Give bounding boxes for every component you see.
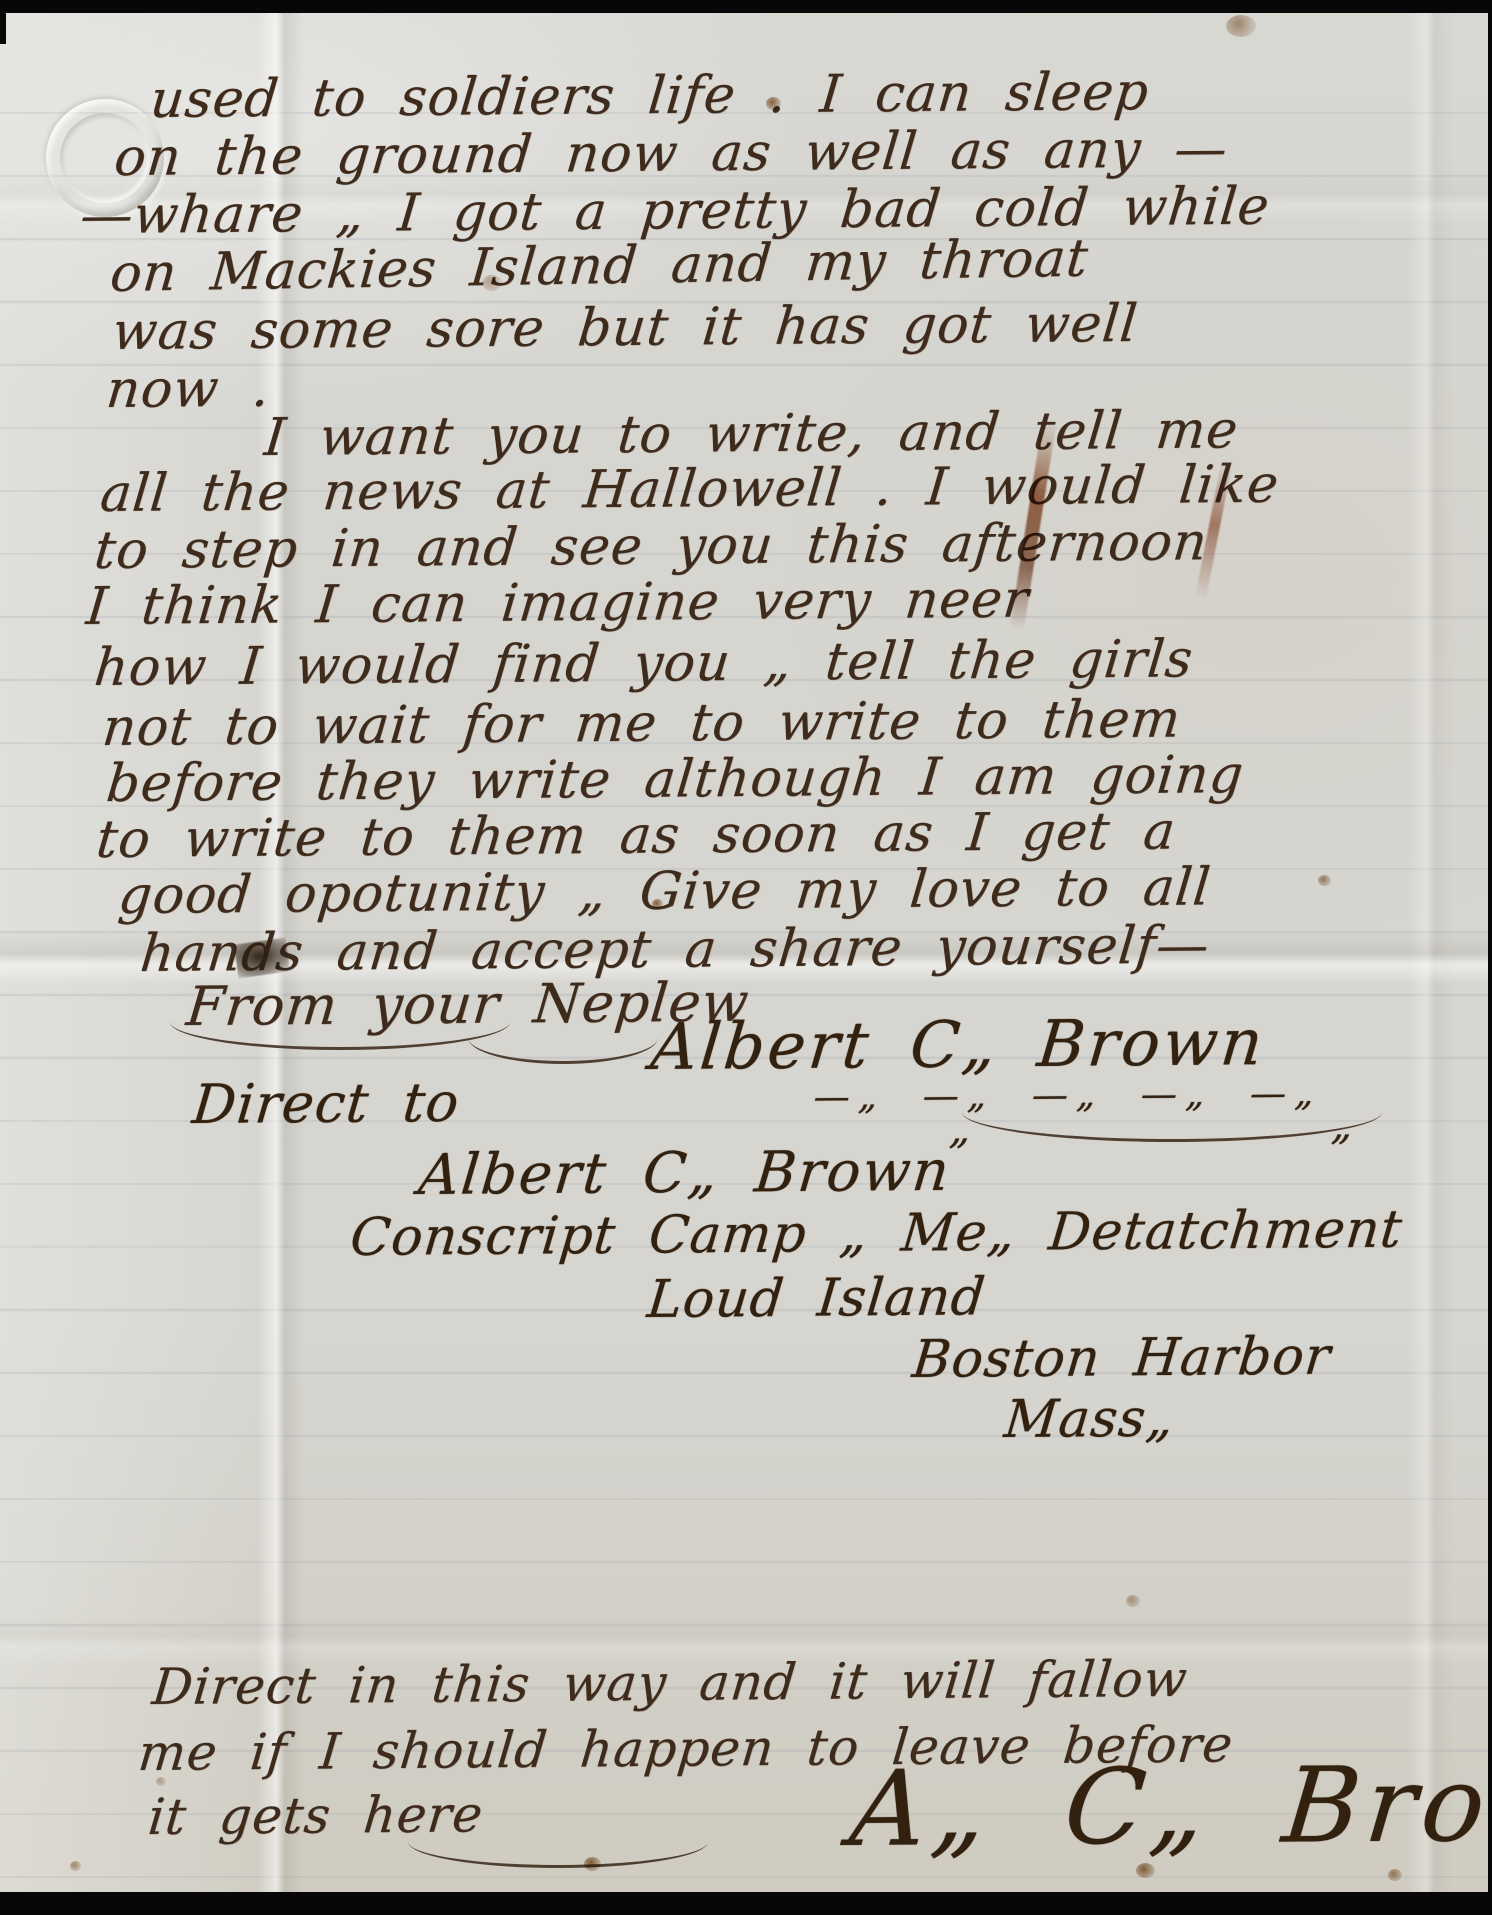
signature: Albert C„ Brown	[648, 1010, 1268, 1082]
foxing-spot	[70, 1861, 81, 1871]
foxing-spot	[584, 1857, 601, 1871]
address-line: Boston Harbor	[910, 1330, 1333, 1388]
fold-crease-vertical-right	[1408, 13, 1454, 1892]
signature-underline: —„ —„ —„ —„ —„	[812, 1075, 1325, 1117]
address-line: Mass„	[1002, 1392, 1177, 1448]
handwritten-line: all the news at Hallowell . I would like	[98, 458, 1282, 522]
handwritten-line: how I would find you „ tell the girls	[92, 632, 1196, 695]
letter-scan: used to soldiers life . I can sleep on t…	[0, 0, 1492, 1915]
scan-border-left-notch	[0, 0, 6, 44]
handwritten-line: to step in and see you this afternoon	[92, 515, 1210, 578]
handwritten-line: good opotunity „ Give my love to all	[116, 860, 1213, 923]
signature-lead-flourish	[468, 1035, 658, 1064]
foxing-spot	[1318, 875, 1331, 886]
foxing-spot	[1226, 15, 1256, 37]
address-line: Conscript Camp „ Me„ Detatchment	[348, 1203, 1405, 1266]
handwritten-line: —whare „ I got a pretty bad cold while	[78, 180, 1272, 244]
scan-border-right	[1488, 0, 1492, 1915]
foxing-spot	[1388, 1869, 1402, 1881]
address-direct-to: Direct to	[190, 1075, 462, 1134]
letter-paper: used to soldiers life . I can sleep on t…	[0, 13, 1488, 1892]
handwritten-line: I think I can imagine very neer	[84, 573, 1032, 635]
handwritten-line: now .	[104, 362, 273, 418]
postscript-line: it gets here	[146, 1788, 486, 1843]
address-line: Loud Island	[645, 1270, 988, 1327]
scan-border-bottom	[0, 1892, 1492, 1915]
handwritten-line: was some sore but it has got well	[110, 297, 1140, 360]
postscript-signature: A„ C„ Brown	[846, 1749, 1488, 1865]
handwritten-line: on the ground now as well as any —	[112, 122, 1230, 185]
address-name: Albert C„ Brown	[416, 1143, 953, 1206]
foxing-spot	[1126, 1595, 1140, 1607]
handwritten-line: on Mackies Island and my throat	[108, 232, 1091, 302]
postscript-line: Direct in this way and it will fallow	[150, 1653, 1190, 1714]
handwritten-line: used to soldiers life . I can sleep	[148, 65, 1151, 127]
signature-flourish-mark: „	[1330, 1105, 1356, 1147]
scan-border-top	[0, 0, 1492, 13]
